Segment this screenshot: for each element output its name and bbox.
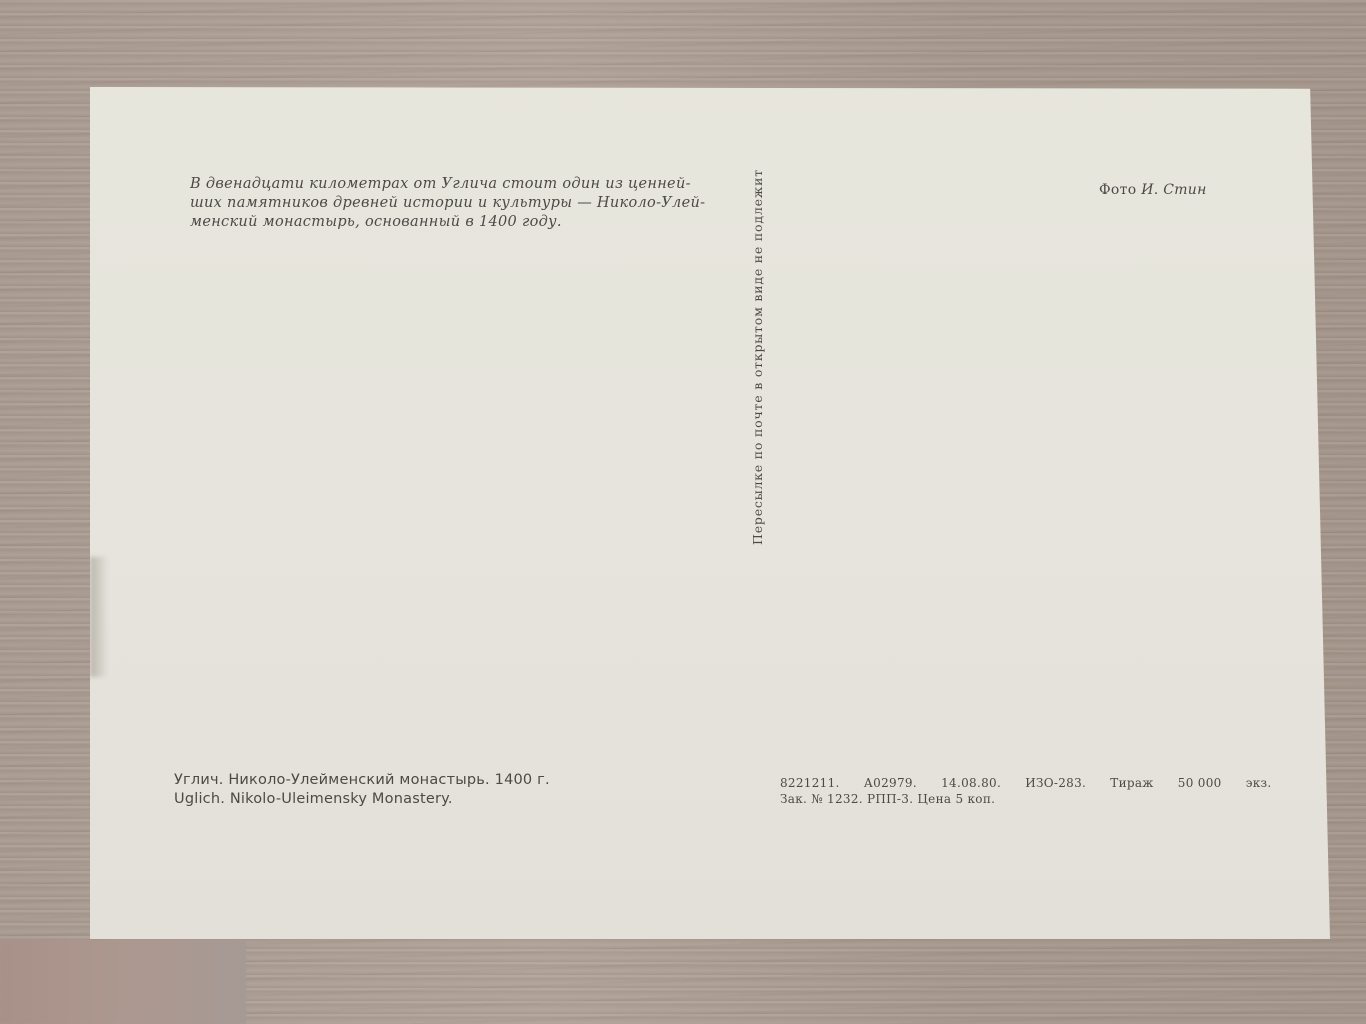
description-line: В двенадцати километрах от Углича стоит … xyxy=(190,175,720,194)
photo-credit-label: Фото xyxy=(1099,182,1136,198)
imprint-code: 8221211. xyxy=(780,775,840,791)
imprint-print-run-label: Тираж xyxy=(1110,775,1153,791)
imprint-row-1: 8221211. А02979. 14.08.80. ИЗО-283. Тира… xyxy=(780,775,1291,791)
imprint-license: А02979. xyxy=(864,775,917,791)
caption: Углич. Николо-Улейменский монастырь. 140… xyxy=(174,771,550,809)
imprint-print-run-unit: экз. xyxy=(1246,775,1272,791)
imprint-row-2: Зак. № 1232. РПП-3. Цена 5 коп. xyxy=(780,791,1291,807)
blurred-watermark xyxy=(0,940,246,1024)
postal-note-vertical: Пересылке по почте в открытом виде не по… xyxy=(750,183,765,545)
description-text: В двенадцати километрах от Углича стоит … xyxy=(190,175,720,232)
description-line: менский монастырь, основанный в 1400 год… xyxy=(190,213,720,232)
photo-credit: Фото И. Стин xyxy=(1099,182,1207,198)
caption-russian: Углич. Николо-Улейменский монастырь. 140… xyxy=(174,771,550,790)
postcard-back: В двенадцати километрах от Углича стоит … xyxy=(90,87,1330,939)
description-line: ших памятников древней истории и культур… xyxy=(190,194,720,213)
imprint-print-run-value: 50 000 xyxy=(1178,775,1222,791)
print-imprint: 8221211. А02979. 14.08.80. ИЗО-283. Тира… xyxy=(780,775,1291,807)
imprint-date: 14.08.80. xyxy=(941,775,1001,791)
imprint-publisher: ИЗО-283. xyxy=(1025,775,1086,791)
caption-english: Uglich. Nikolo-Uleimensky Monastery. xyxy=(174,790,550,809)
photo-credit-author: И. Стин xyxy=(1141,182,1206,198)
